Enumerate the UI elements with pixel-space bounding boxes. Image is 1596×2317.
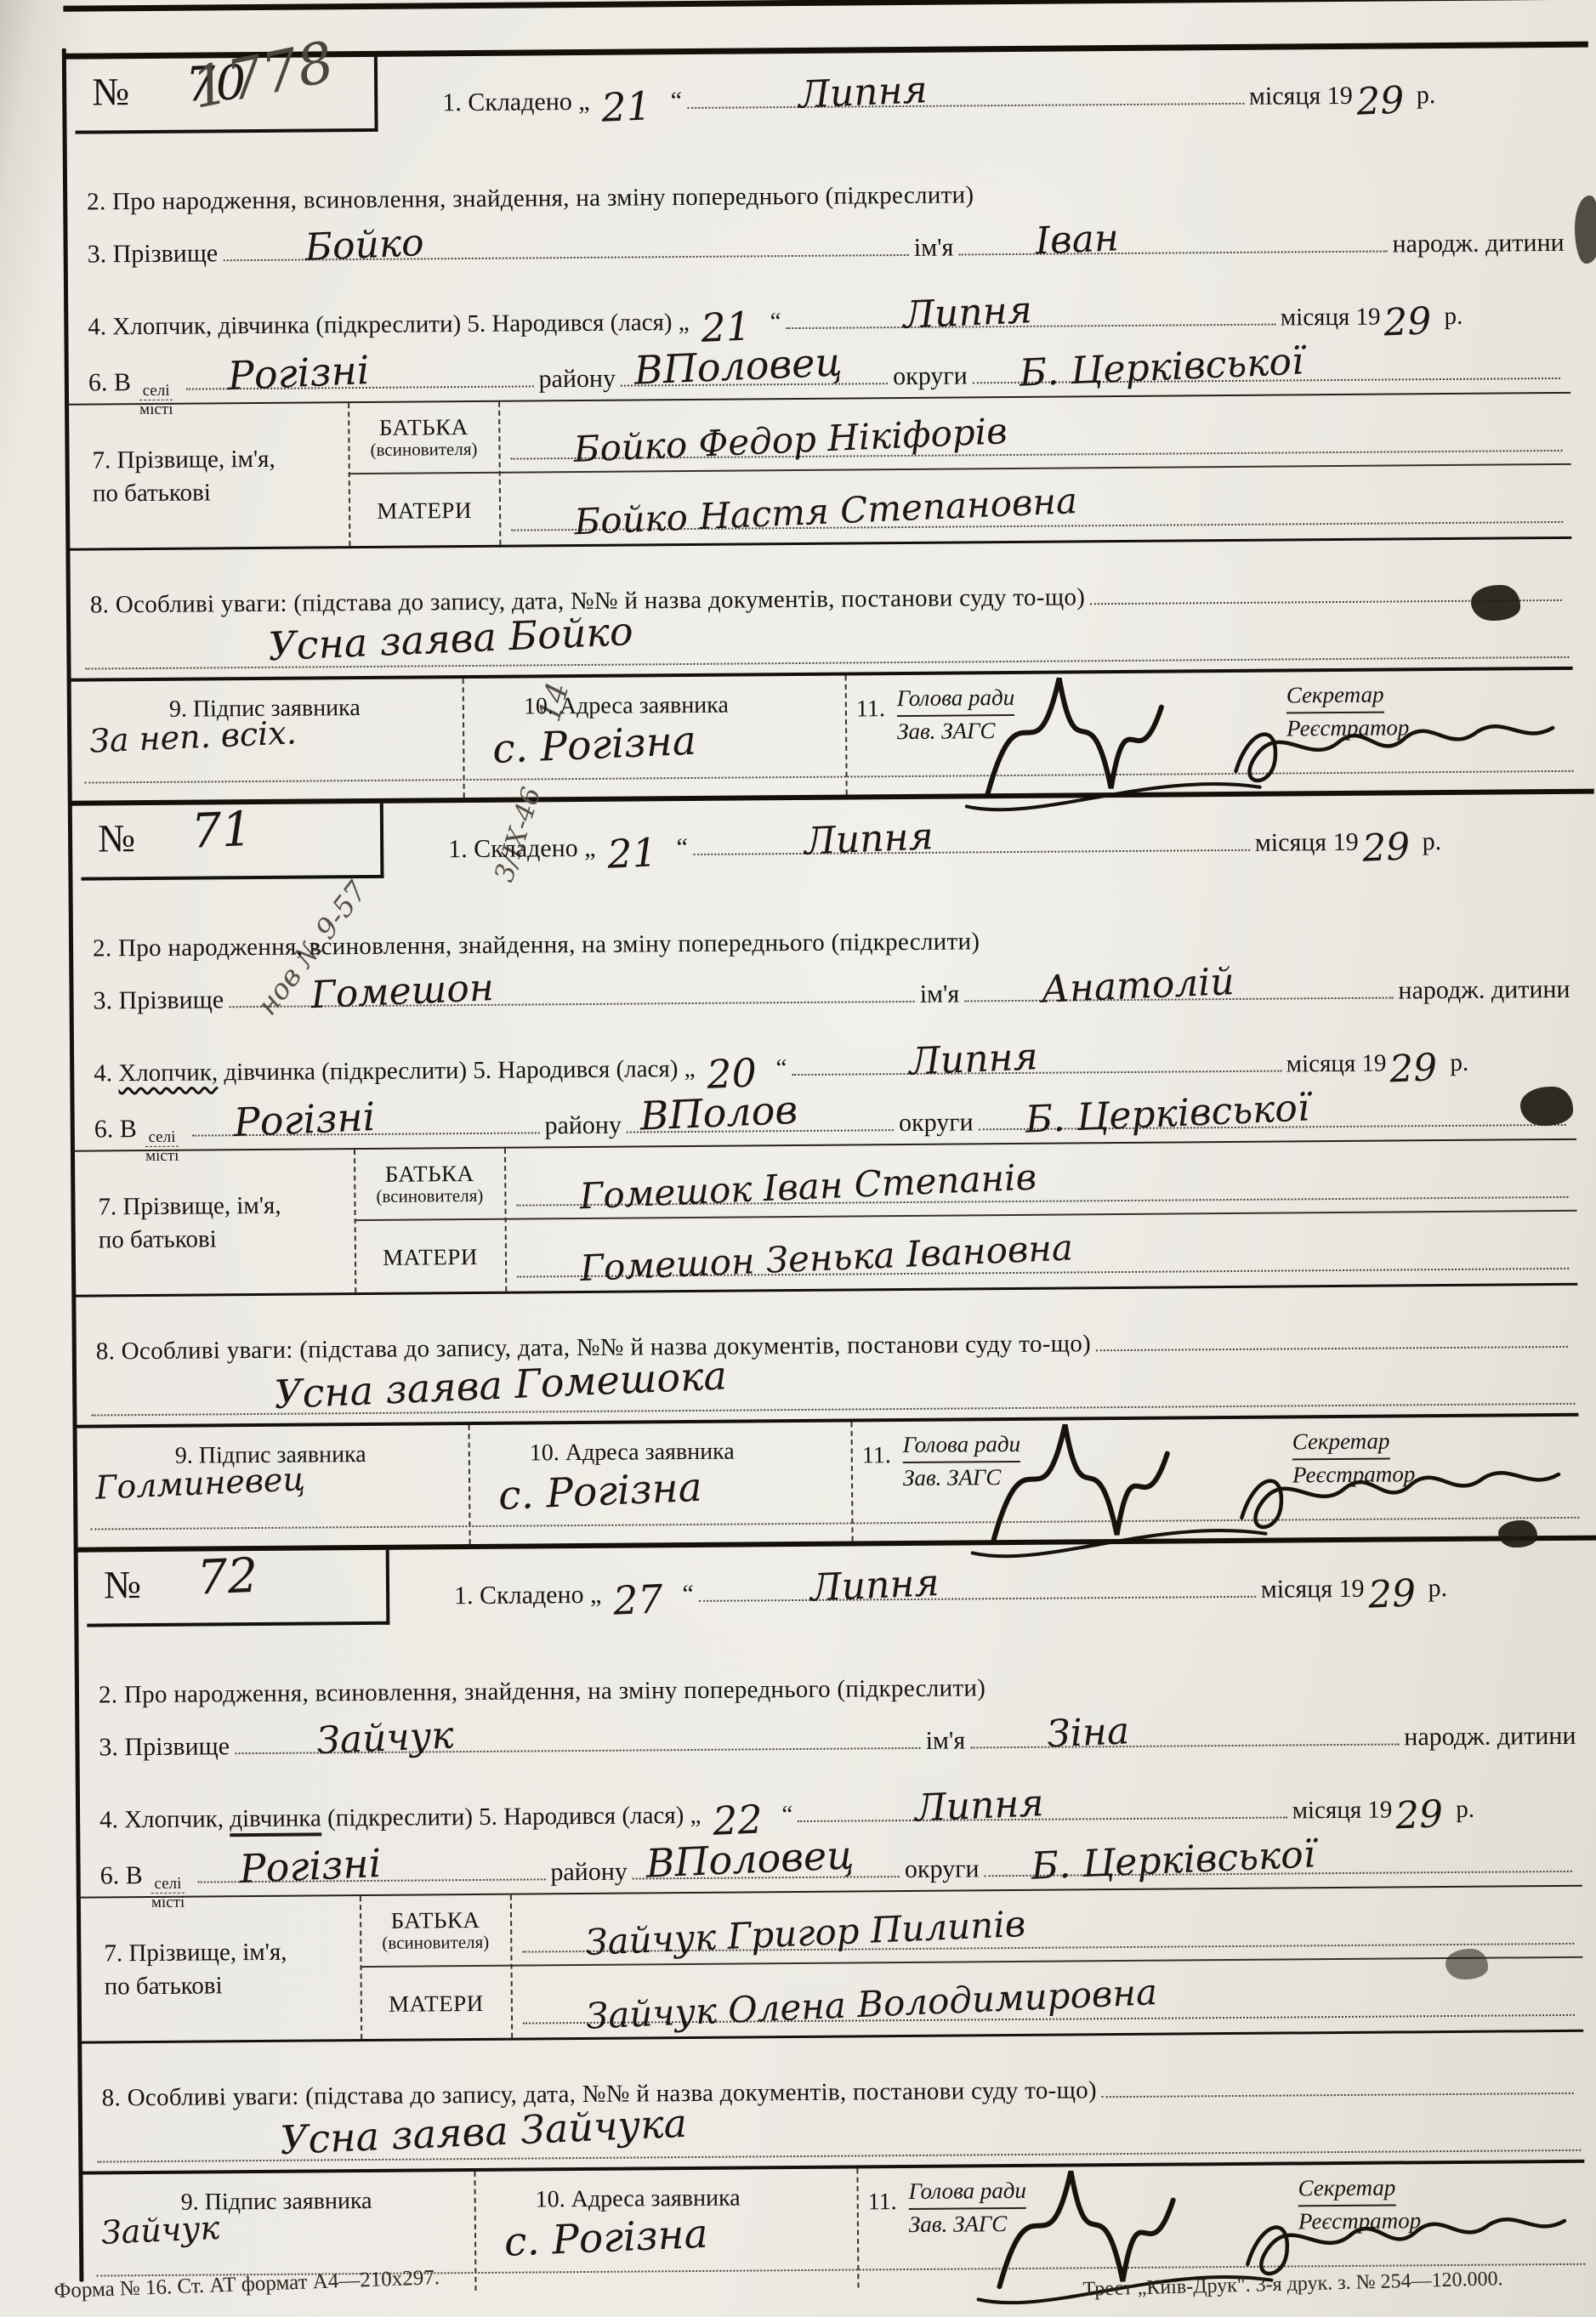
compiled-day: 27 [601, 1602, 682, 1603]
district-line: ВПолов [627, 1102, 894, 1133]
secretary-label: Секретар Реєстратор [1298, 2172, 1421, 2236]
record-number-box: № 72 [87, 1550, 390, 1627]
birth-day: 21 [690, 330, 770, 331]
father-name-line: Бойко Федор Нікіфорів [511, 450, 1563, 460]
mother-name-line: Зайчук Олена Володимировна [523, 2014, 1575, 2025]
district-label: району [550, 1857, 628, 1887]
father-mother-divider [349, 463, 1571, 474]
okrug-label: округи [893, 361, 968, 391]
parents-field-label: 7. Прізвище, ім'я, по батькові [104, 1935, 351, 2004]
applicant-signature-value: Голминевец [94, 1460, 306, 1507]
born-label: (підкреслити) 5. Народився (лася) „ [315, 309, 690, 339]
compiled-month-line: Липня [687, 76, 1244, 109]
field-record-type: 2. Про народження, всиновлення, знайденн… [87, 177, 1555, 217]
applicant-address-value: с. Рогізна [497, 1464, 703, 1519]
name-line: Іван [958, 224, 1387, 255]
compiled-day: 21 [590, 109, 671, 110]
name-line: Анатолій [964, 970, 1393, 1002]
father-label: БАТЬКА (всиновителя) [356, 1161, 503, 1207]
month-label: місяця 19 [1261, 1574, 1365, 1604]
month-label: місяця 19 [1281, 304, 1381, 332]
compiled-year: 29 [1359, 849, 1423, 850]
special-notes-line [1102, 2078, 1574, 2098]
birth-child-label: народж. дитини [1404, 1721, 1576, 1752]
field-child-name: 3. Прізвище Зайчук ім'я Зіна народж. дит… [99, 1715, 1576, 1762]
applicant-address-label: 10. Адреса заявника [524, 692, 729, 721]
birth-month-line: Липня [786, 298, 1275, 330]
registry-form: № 70 1778 14 1. Складено „ 21 “ Липня мі… [0, 0, 1596, 2317]
field-record-type: 2. Про народження, всиновлення, знайденн… [99, 1670, 1567, 1710]
scanned-registry-page: № 70 1778 14 1. Складено „ 21 “ Липня мі… [0, 0, 1596, 2317]
compiled-label: 1. Складено „ [454, 1580, 602, 1610]
head-of-council-label: Голова ради Зав. ЗАГС [897, 683, 1015, 747]
quote-close: “ [770, 309, 781, 337]
field-child-name: 3. Прізвище Бойко ім'я Іван народж. дити… [87, 222, 1564, 269]
field-sex-and-birthdate: 4. Хлопчик, дівчинка (підкреслити) 5. На… [88, 297, 1463, 342]
born-label: (підкреслити) 5. Народився (лася) „ [327, 1802, 701, 1832]
compiled-label: 1. Складено „ [442, 87, 590, 116]
surname-label: 3. Прізвище [93, 985, 224, 1015]
ink-blot [1520, 1087, 1573, 1126]
boy-option: Хлопчик, [112, 313, 212, 342]
applicant-address-value: с. Рогізна [491, 718, 697, 773]
compiled-day: 21 [596, 855, 677, 856]
signature-band: 9. Підпис заявника 10. Адреса заявника 1… [69, 670, 1574, 801]
dotted-line [85, 770, 1574, 784]
ink-blot [1445, 1949, 1488, 1979]
mother-label: МАТЕРИ [351, 497, 497, 525]
number-sign: № [98, 815, 135, 860]
field-sex-and-birthdate: 4. Хлопчик, дівчинка (підкреслити) 5. На… [99, 1790, 1474, 1838]
surname-line: Бойко [223, 227, 909, 261]
parents-table: 7. Прізвище, ім'я, по батькові БАТЬКА (в… [78, 1885, 1583, 2044]
sex-number: 4. [88, 314, 106, 342]
in-label: 6. В [88, 368, 131, 397]
father-name-line: Гомешок Іван Степанів [516, 1196, 1568, 1207]
records-container: № 70 1778 14 1. Складено „ 21 “ Липня мі… [0, 42, 1596, 2295]
birth-month-line: Липня [792, 1045, 1281, 1076]
quote-close: “ [775, 1055, 787, 1083]
applicant-address-label: 10. Адреса заявника [536, 2185, 741, 2214]
dotted-line [90, 1517, 1579, 1530]
year-label: р. [1450, 1049, 1468, 1077]
field-compiled-date: 1. Складено „ 27 “ Липня місяця 19 29 р. [454, 1567, 1447, 1610]
ink-blot [1471, 585, 1520, 621]
district-line: ВПоловец [621, 355, 888, 386]
birth-year: 29 [1387, 1070, 1451, 1071]
parents-field-label: 7. Прізвище, ім'я, по батькові [98, 1189, 345, 1258]
officials-number: 11. [856, 696, 885, 723]
officials-number: 11. [868, 2189, 897, 2216]
girl-option: дівчинка [230, 1805, 321, 1837]
mother-name-line: Гомешон Зенька Івановна [517, 1268, 1569, 1278]
name-label: ім'я [914, 233, 954, 262]
record-number-box: № 71 [81, 804, 384, 881]
compiled-year: 29 [1353, 103, 1417, 104]
secretary-label: Секретар Реєстратор [1292, 1426, 1416, 1490]
district-label: району [544, 1110, 622, 1140]
quote-close: “ [670, 87, 682, 116]
month-label: місяця 19 [1249, 81, 1353, 111]
birth-day: 22 [701, 1823, 782, 1824]
parents-table: 7. Прізвище, ім'я, по батькові БАТЬКА (в… [66, 392, 1571, 551]
number-sign: № [92, 69, 129, 114]
sex-number: 4. [99, 1807, 118, 1835]
field-compiled-date: 1. Складено „ 21 “ Липня місяця 19 29 р. [442, 74, 1435, 117]
compiled-month-line: Липня [693, 822, 1250, 855]
head-of-council-label: Голова ради Зав. ЗАГС [903, 1429, 1021, 1493]
girl-option: дівчинка [224, 1059, 315, 1088]
okrug-line: Б. Церківської [973, 350, 1560, 383]
birth-record: № 71 нов № 9-57 3/ІХ-46 1. Складено „ 21… [70, 789, 1596, 1548]
girl-option: дівчинка [218, 312, 310, 341]
signature-band: 9. Підпис заявника 10. Адреса заявника 1… [75, 1417, 1580, 1548]
quote-close: “ [682, 1579, 694, 1608]
father-label: БАТЬКА (всиновителя) [350, 414, 497, 461]
father-label: БАТЬКА (всиновителя) [362, 1907, 508, 1954]
surname-label: 3. Прізвище [99, 1732, 230, 1762]
field-compiled-date: 1. Складено „ 21 “ Липня місяця 19 29 р. [448, 821, 1441, 864]
okrug-label: округи [905, 1854, 980, 1884]
quote-close: “ [781, 1802, 792, 1830]
year-label: р. [1423, 827, 1442, 856]
name-line: Зіна [970, 1716, 1399, 1747]
scan-edge-mark [1575, 196, 1596, 264]
sex-number: 4. [94, 1060, 112, 1088]
birth-day: 20 [696, 1076, 776, 1077]
parents-field-label: 7. Прізвище, ім'я, по батькові [92, 442, 339, 511]
bottom-frame-line [63, 0, 1570, 12]
born-label: (підкреслити) 5. Народився (лася) „ [321, 1055, 696, 1086]
village-line: Рогізні [186, 358, 534, 389]
district-line: ВПоловец [633, 1848, 900, 1879]
head-of-council-label: Голова ради Зав. ЗАГС [908, 2176, 1026, 2240]
compiled-year: 29 [1365, 1596, 1428, 1597]
month-label: місяця 19 [1255, 827, 1359, 857]
in-label: 6. В [94, 1115, 137, 1144]
year-label: р. [1417, 81, 1436, 110]
field-special-notes: 8. Особливі уваги: (підстава до запису, … [96, 1326, 1573, 1366]
village-line: Рогізні [192, 1105, 540, 1136]
surname-line: Зайчук [235, 1720, 921, 1754]
birth-month-line: Липня [798, 1792, 1287, 1823]
secretary-label: Секретар Реєстратор [1286, 679, 1410, 743]
field-special-notes: 8. Особливі уваги: (підстава до запису, … [102, 2073, 1579, 2113]
applicant-signature-value: Зайчук [100, 2209, 220, 2252]
surname-label: 3. Прізвище [88, 239, 219, 269]
okrug-line: Б. Церківської [978, 1097, 1565, 1130]
okrug-label: округи [899, 1108, 974, 1138]
birth-record: № 72 1. Складено „ 27 “ Липня місяця 19 … [76, 1536, 1596, 2294]
year-label: р. [1428, 1574, 1447, 1603]
name-label: ім'я [920, 980, 960, 1008]
officials-number: 11. [862, 1442, 891, 1469]
month-label: місяця 19 [1286, 1050, 1387, 1079]
record-number-value: 72 [196, 1548, 259, 1606]
birth-child-label: народж. дитини [1392, 228, 1564, 258]
applicant-address-label: 10. Адреса заявника [530, 1439, 735, 1468]
applicant-signature-value: За неп. всіх. [88, 713, 297, 759]
field-special-notes: 8. Особливі уваги: (підстава до запису, … [90, 580, 1567, 620]
compiled-month-line: Липня [699, 1569, 1256, 1602]
okrug-line: Б. Церківської [984, 1843, 1571, 1877]
birth-child-label: народж. дитини [1398, 974, 1570, 1005]
village-line: Рогізні [198, 1851, 546, 1883]
record-number-value: 71 [190, 802, 253, 860]
boy-option: Хлопчик, [118, 1059, 218, 1088]
boy-option: Хлопчик, [124, 1806, 224, 1835]
parents-table: 7. Прізвище, ім'я, по батькові БАТЬКА (в… [72, 1139, 1577, 1298]
in-label: 6. В [100, 1861, 143, 1890]
district-label: району [538, 364, 616, 394]
father-mother-divider [361, 1956, 1583, 1968]
birth-year: 29 [1381, 324, 1445, 325]
mother-name-line: Бойко Настя Степановна [511, 521, 1563, 531]
applicant-address-value: с. Рогізна [503, 2211, 709, 2266]
mother-label: МАТЕРИ [363, 1990, 509, 2018]
special-notes-line [1096, 1332, 1568, 1351]
field-child-name: 3. Прізвище Гомешон ім'я Анатолій народж… [93, 968, 1570, 1015]
month-label: місяця 19 [1292, 1797, 1393, 1826]
birth-year: 29 [1392, 1817, 1456, 1818]
quote-close: “ [676, 833, 688, 862]
compiled-label: 1. Складено „ [448, 833, 596, 863]
father-name-line: Зайчук Григор Пилипів [522, 1943, 1574, 1953]
name-label: ім'я [926, 1726, 966, 1755]
year-label: р. [1456, 1796, 1474, 1824]
mother-label: МАТЕРИ [357, 1244, 503, 1271]
father-mother-divider [355, 1210, 1577, 1221]
field-sex-and-birthdate: 4. Хлопчик, дівчинка (підкреслити) 5. На… [94, 1043, 1468, 1088]
ink-blot [1498, 1520, 1537, 1548]
year-label: р. [1444, 303, 1463, 331]
number-sign: № [104, 1562, 141, 1607]
surname-line: Гомешон [229, 974, 915, 1008]
birth-record: № 70 1778 14 1. Складено „ 21 “ Липня мі… [64, 42, 1594, 801]
